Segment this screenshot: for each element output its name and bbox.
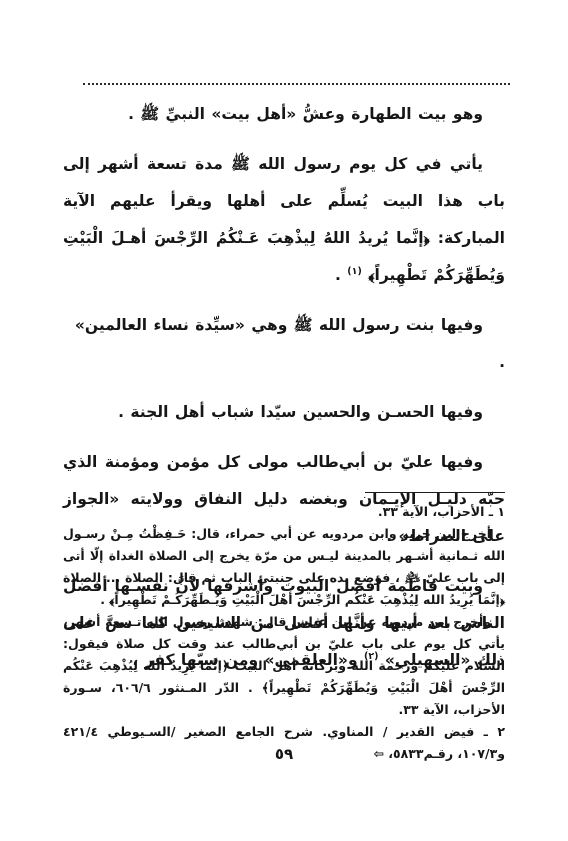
paragraph-3-text: وفيها بنت رسول الله ﷺ وهي «سيِّدة نساء ا… (75, 316, 505, 371)
footnote-1-paragraph-2: وأخرج ابن مردويه عن ابن عباس قال: شهدنا … (63, 611, 505, 721)
paragraph-2: يأتي في كل يوم رسول الله ﷺ مدة تسعة أشهر… (63, 146, 505, 294)
paragraph-3: وفيها بنت رسول الله ﷺ وهي «سيِّدة نساء ا… (63, 307, 505, 381)
paragraph-1: وهو بيت الطهارة وعشُّ «أهل بيت» النبيِّ … (63, 96, 505, 133)
paragraph-2-tail: . (335, 266, 347, 284)
paragraph-1-text: وهو بيت الطهارة وعشُّ «أهل بيت» النبيِّ … (128, 105, 483, 123)
footnote-block: ١ ـ الأحزاب، الآية ٣٣. أخرج ابن جرير واب… (63, 492, 505, 765)
header-dotted-rule (83, 83, 510, 85)
footnote-marker-1: (١) (347, 266, 362, 277)
paragraph-4-text: وفيها الحسـن والحسين سيّدا شباب أهل الجن… (118, 403, 483, 421)
footnote-1-head: ١ ـ الأحزاب، الآية ٣٣. (63, 501, 505, 523)
footnote-separator-rule (365, 492, 505, 493)
book-page: وهو بيت الطهارة وعشُّ «أهل بيت» النبيِّ … (0, 0, 568, 841)
paragraph-2-text: يأتي في كل يوم رسول الله ﷺ مدة تسعة أشهر… (63, 155, 505, 284)
paragraph-4: وفيها الحسـن والحسين سيّدا شباب أهل الجن… (63, 394, 505, 431)
footnote-1-paragraph-1: أخرج ابن جرير وابن مردويه عن أبي حمراء، … (63, 523, 505, 611)
page-number: ٥٩ (0, 745, 568, 763)
